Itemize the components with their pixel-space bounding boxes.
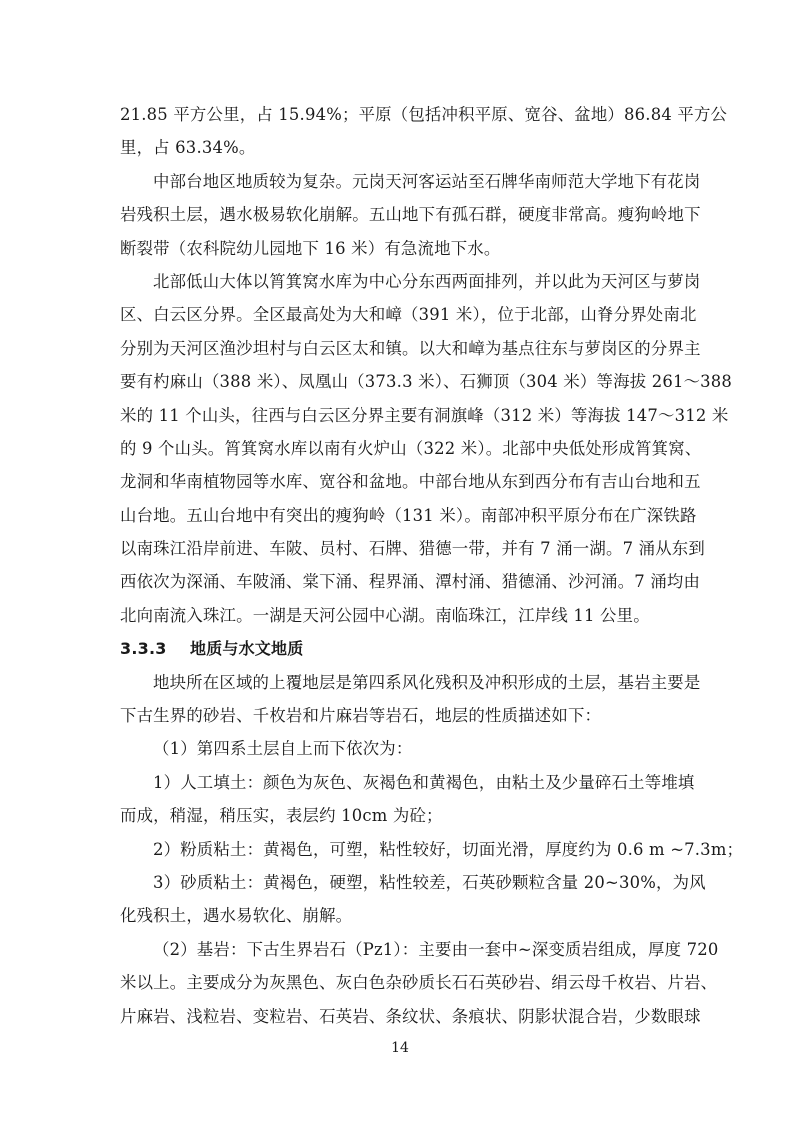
paragraph-line: 的 9 个山头。筲箕窝水库以南有火炉山（322 米）。北部中央低处形成筲箕窝、 <box>120 432 688 465</box>
paragraph-line: 北部低山大体以筲箕窝水库为中心分东西两面排列，并以此为天河区与萝岗 <box>120 265 688 298</box>
paragraph-line: 要有杓麻山（388 米）、凤凰山（373.3 米）、石狮顶（304 米）等海拔 … <box>120 365 688 398</box>
paragraph-line: 化残积土，遇水易软化、崩解。 <box>120 899 688 932</box>
paragraph-line: （2）基岩：下古生界岩石（Pz1）：主要由一套中~深变质岩组成，厚度 720 <box>120 933 688 966</box>
paragraph-line: 龙洞和华南植物园等水库、宽谷和盆地。中部台地从东到西分布有吉山台地和五 <box>120 465 688 498</box>
paragraph-line: 地块所在区域的上覆地层是第四系风化残积及冲积形成的土层，基岩主要是 <box>120 666 688 699</box>
paragraph-line: 21.85 平方公里，占 15.94%；平原（包括冲积平原、宽谷、盆地）86.8… <box>120 98 688 131</box>
page-number: 14 <box>0 1040 800 1056</box>
paragraph-line: 分别为天河区渔沙坦村与白云区太和镇。以大和嶂为基点往东与萝岗区的分界主 <box>120 332 688 365</box>
paragraph-line: 山台地。五山台地中有突出的瘦狗岭（131 米）。南部冲积平原分布在广深铁路 <box>120 499 688 532</box>
paragraph-line: 1）人工填土：颜色为灰色、灰褐色和黄褐色，由粘土及少量碎石土等堆填 <box>120 766 688 799</box>
paragraph-line: 而成，稍湿，稍压实，表层约 10cm 为砼； <box>120 799 688 832</box>
paragraph-line: 下古生界的砂岩、千枚岩和片麻岩等岩石，地层的性质描述如下： <box>120 699 688 732</box>
paragraph-line: 3）砂质粘土：黄褐色，硬塑，粘性较差，石英砂颗粒含量 20~30%，为风 <box>120 866 688 899</box>
paragraph-line: 岩残积土层，遇水极易软化崩解。五山地下有孤石群，硬度非常高。瘦狗岭地下 <box>120 198 688 231</box>
paragraph-line: 中部台地区地质较为复杂。元岗天河客运站至石牌华南师范大学地下有花岗 <box>120 165 688 198</box>
paragraph-line: 2）粉质粘土：黄褐色，可塑，粘性较好，切面光滑，厚度约为 0.6 m ~7.3m… <box>120 833 688 866</box>
paragraph-line: 西依次为深涌、车陂涌、棠下涌、程界涌、潭村涌、猎德涌、沙河涌。7 涌均由 <box>120 565 688 598</box>
section-heading: 3.3.3地质与水文地质 <box>120 632 688 665</box>
paragraph-line: 里，占 63.34%。 <box>120 131 688 164</box>
section-title: 地质与水文地质 <box>190 639 303 658</box>
paragraph-line: 断裂带（农科院幼儿园地下 16 米）有急流地下水。 <box>120 232 688 265</box>
paragraph-line: 以南珠江沿岸前进、车陂、员村、石牌、猎德一带，并有 7 涌一湖。7 涌从东到 <box>120 532 688 565</box>
paragraph-line: 区、白云区分界。全区最高处为大和嶂（391 米），位于北部，山脊分界处南北 <box>120 298 688 331</box>
document-body: 21.85 平方公里，占 15.94%；平原（包括冲积平原、宽谷、盆地）86.8… <box>120 98 688 1033</box>
paragraph-line: 北向南流入珠江。一湖是天河公园中心湖。南临珠江，江岸线 11 公里。 <box>120 599 688 632</box>
paragraph-line: （1）第四系土层自上而下依次为： <box>120 732 688 765</box>
paragraph-line: 片麻岩、浅粒岩、变粒岩、石英岩、条纹状、条痕状、阴影状混合岩，少数眼球 <box>120 1000 688 1033</box>
paragraph-line: 米的 11 个山头，往西与白云区分界主要有洞旗峰（312 米）等海拔 147～3… <box>120 399 688 432</box>
section-number: 3.3.3 <box>120 632 190 665</box>
paragraph-line: 米以上。主要成分为灰黑色、灰白色杂砂质长石石英砂岩、绢云母千枚岩、片岩、 <box>120 966 688 999</box>
